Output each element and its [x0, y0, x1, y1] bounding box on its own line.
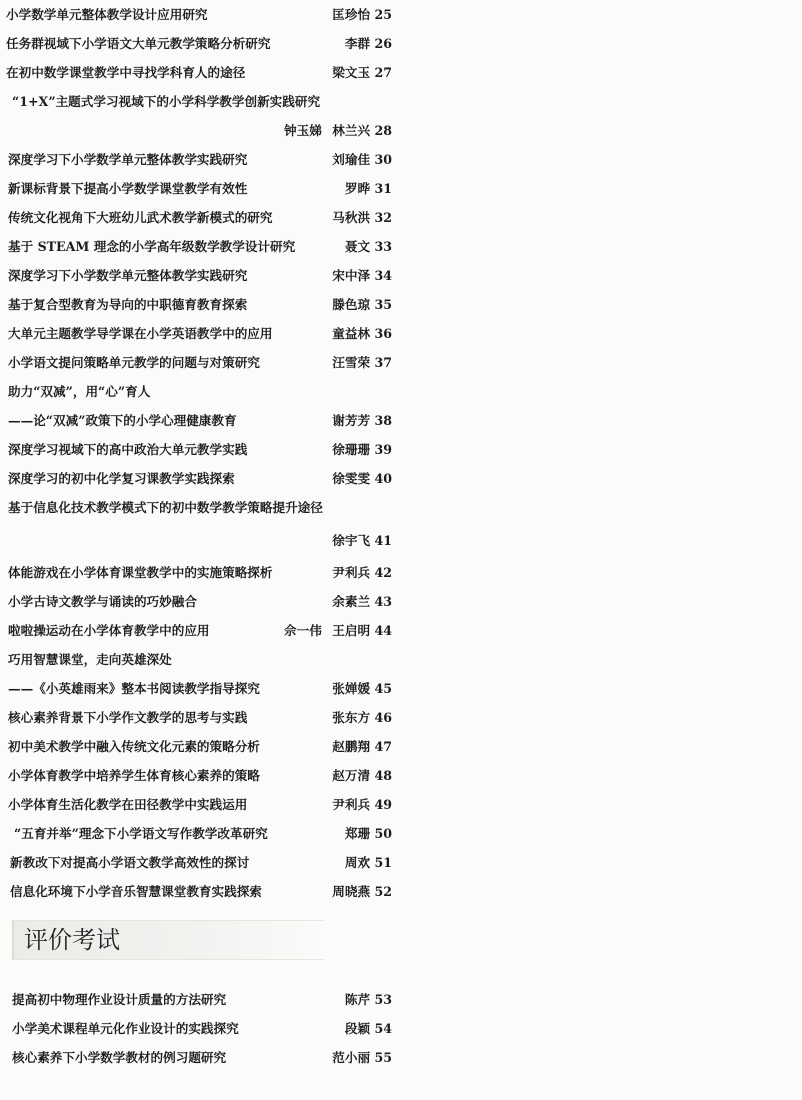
toc-entry-authors: 徐宇飞 41 — [0, 530, 400, 552]
toc-entry[interactable]: 体能游戏在小学体育课堂教学中的实施策略探析尹利兵 42 — [0, 562, 400, 584]
author-page: 李群 26 — [345, 33, 392, 55]
coauthor: 钟玉娣 — [284, 120, 322, 142]
toc-entry[interactable]: 小学体育生活化教学在田径教学中实践运用尹利兵 49 — [0, 794, 400, 816]
author-page: 段颖 54 — [345, 1018, 392, 1040]
author-page: 王启明 44 — [332, 620, 392, 642]
author-page: 宋中泽 34 — [332, 265, 392, 287]
author-page: 尹利兵 49 — [332, 794, 392, 816]
author-page: 刘瑜佳 30 — [332, 149, 392, 171]
toc-entry[interactable]: 小学数学单元整体教学设计应用研究匡珍怡 25 — [0, 4, 400, 26]
toc-entry[interactable]: 在初中数学课堂教学中寻找学科育人的途径梁文玉 27 — [0, 62, 400, 84]
toc-entry[interactable]: 深度学习的初中化学复习课教学实践探索徐雯雯 40 — [0, 468, 400, 490]
toc-entry[interactable]: 基于 STEAM 理念的小学高年级数学教学设计研究聂文 33 — [0, 236, 400, 258]
author-page: 聂文 33 — [345, 236, 392, 258]
toc-entry[interactable]: 新课标背景下提高小学数学课堂教学有效性罗晔 31 — [0, 178, 400, 200]
toc-entry[interactable]: 小学体育教学中培养学生体育核心素养的策略赵万清 48 — [0, 765, 400, 787]
author-page: 周欢 51 — [345, 852, 392, 874]
toc-entry-authors: 钟玉娣林兰兴 28 — [0, 120, 400, 142]
author-page: 童益林 36 — [332, 323, 392, 345]
author-page: 马秋洪 32 — [332, 207, 392, 229]
author-page: 郑珊 50 — [345, 823, 392, 845]
toc-entry[interactable]: 小学语文提问策略单元教学的问题与对策研究汪雪荣 37 — [0, 352, 400, 374]
author-page: 谢芳芳 38 — [332, 410, 392, 432]
toc-entry[interactable]: 深度学习下小学数学单元整体教学实践研究宋中泽 34 — [0, 265, 400, 287]
toc-entry[interactable]: “五育并举”理念下小学语文写作教学改革研究郑珊 50 — [0, 823, 400, 845]
author-page: 罗晔 31 — [345, 178, 392, 200]
toc-entry[interactable]: 基于复合型教育为导向的中职德育教育探索滕色琼 35 — [0, 294, 400, 316]
toc-entry[interactable]: 深度学习视域下的高中政治大单元教学实践徐珊珊 39 — [0, 439, 400, 461]
author-page: 张东方 46 — [332, 707, 392, 729]
toc-entry[interactable]: 传统文化视角下大班幼儿武术教学新模式的研究马秋洪 32 — [0, 207, 400, 229]
toc-entry[interactable]: 啦啦操运动在小学体育教学中的应用佘一伟王启明 44 — [0, 620, 400, 642]
toc-entry[interactable]: 核心素养背景下小学作文教学的思考与实践张东方 46 — [0, 707, 400, 729]
author-page: 范小丽 55 — [332, 1047, 392, 1069]
toc-entry[interactable]: “1+X”主题式学习视域下的小学科学教学创新实践研究 — [0, 91, 400, 113]
toc-entry[interactable]: 信息化环境下小学音乐智慧课堂教育实践探索周晓燕 52 — [0, 881, 400, 903]
author-page: 余素兰 43 — [332, 591, 392, 613]
author-page: 赵鹏翔 47 — [332, 736, 392, 758]
author-page: 周晓燕 52 — [332, 881, 392, 903]
toc-entry[interactable]: 初中美术教学中融入传统文化元素的策略分析赵鹏翔 47 — [0, 736, 400, 758]
author-page: 徐雯雯 40 — [332, 468, 392, 490]
toc-entry[interactable]: 助力“双减”，用“心”育人 — [0, 381, 400, 403]
author-page: 梁文玉 27 — [332, 62, 392, 84]
toc-entry[interactable]: 核心素养下小学数学教材的例习题研究范小丽 55 — [0, 1047, 400, 1069]
author-page: 徐珊珊 39 — [332, 439, 392, 461]
author-page: 尹利兵 42 — [332, 562, 392, 584]
toc-entry[interactable]: 任务群视域下小学语文大单元教学策略分析研究李群 26 — [0, 33, 400, 55]
author-page: 林兰兴 28 — [332, 120, 392, 142]
toc-entry[interactable]: 提高初中物理作业设计质量的方法研究陈芹 53 — [0, 989, 400, 1011]
toc-entry[interactable]: 小学美术课程单元化作业设计的实践探究段颖 54 — [0, 1018, 400, 1040]
toc-entry[interactable]: 巧用智慧课堂，走向英雄深处 — [0, 649, 400, 671]
author-page: 匡珍怡 25 — [332, 4, 392, 26]
coauthor: 佘一伟 — [284, 620, 322, 642]
author-page: 汪雪荣 37 — [332, 352, 392, 374]
author-page: 徐宇飞 41 — [332, 530, 392, 552]
author-page: 陈芹 53 — [345, 989, 392, 1011]
toc-entry[interactable]: 基于信息化技术教学模式下的初中数学教学策略提升途径 — [0, 497, 400, 519]
toc-entry[interactable]: 小学古诗文教学与诵读的巧妙融合余素兰 43 — [0, 591, 400, 613]
toc-entry[interactable]: 深度学习下小学数学单元整体教学实践研究刘瑜佳 30 — [0, 149, 400, 171]
author-page: 滕色琼 35 — [332, 294, 392, 316]
author-page: 张婵媛 45 — [332, 678, 392, 700]
toc-entry[interactable]: 大单元主题教学导学课在小学英语教学中的应用童益林 36 — [0, 323, 400, 345]
author-page: 赵万清 48 — [332, 765, 392, 787]
toc-entry-subtitle: ——论“双减”政策下的小学心理健康教育谢芳芳 38 — [0, 410, 400, 432]
toc-entry-subtitle: ——《小英雄雨来》整本书阅读教学指导探究张婵媛 45 — [0, 678, 400, 700]
section-heading-evaluation: 评价考试 — [12, 920, 324, 960]
toc-entry[interactable]: 新教改下对提高小学语文教学高效性的探讨周欢 51 — [0, 852, 400, 874]
